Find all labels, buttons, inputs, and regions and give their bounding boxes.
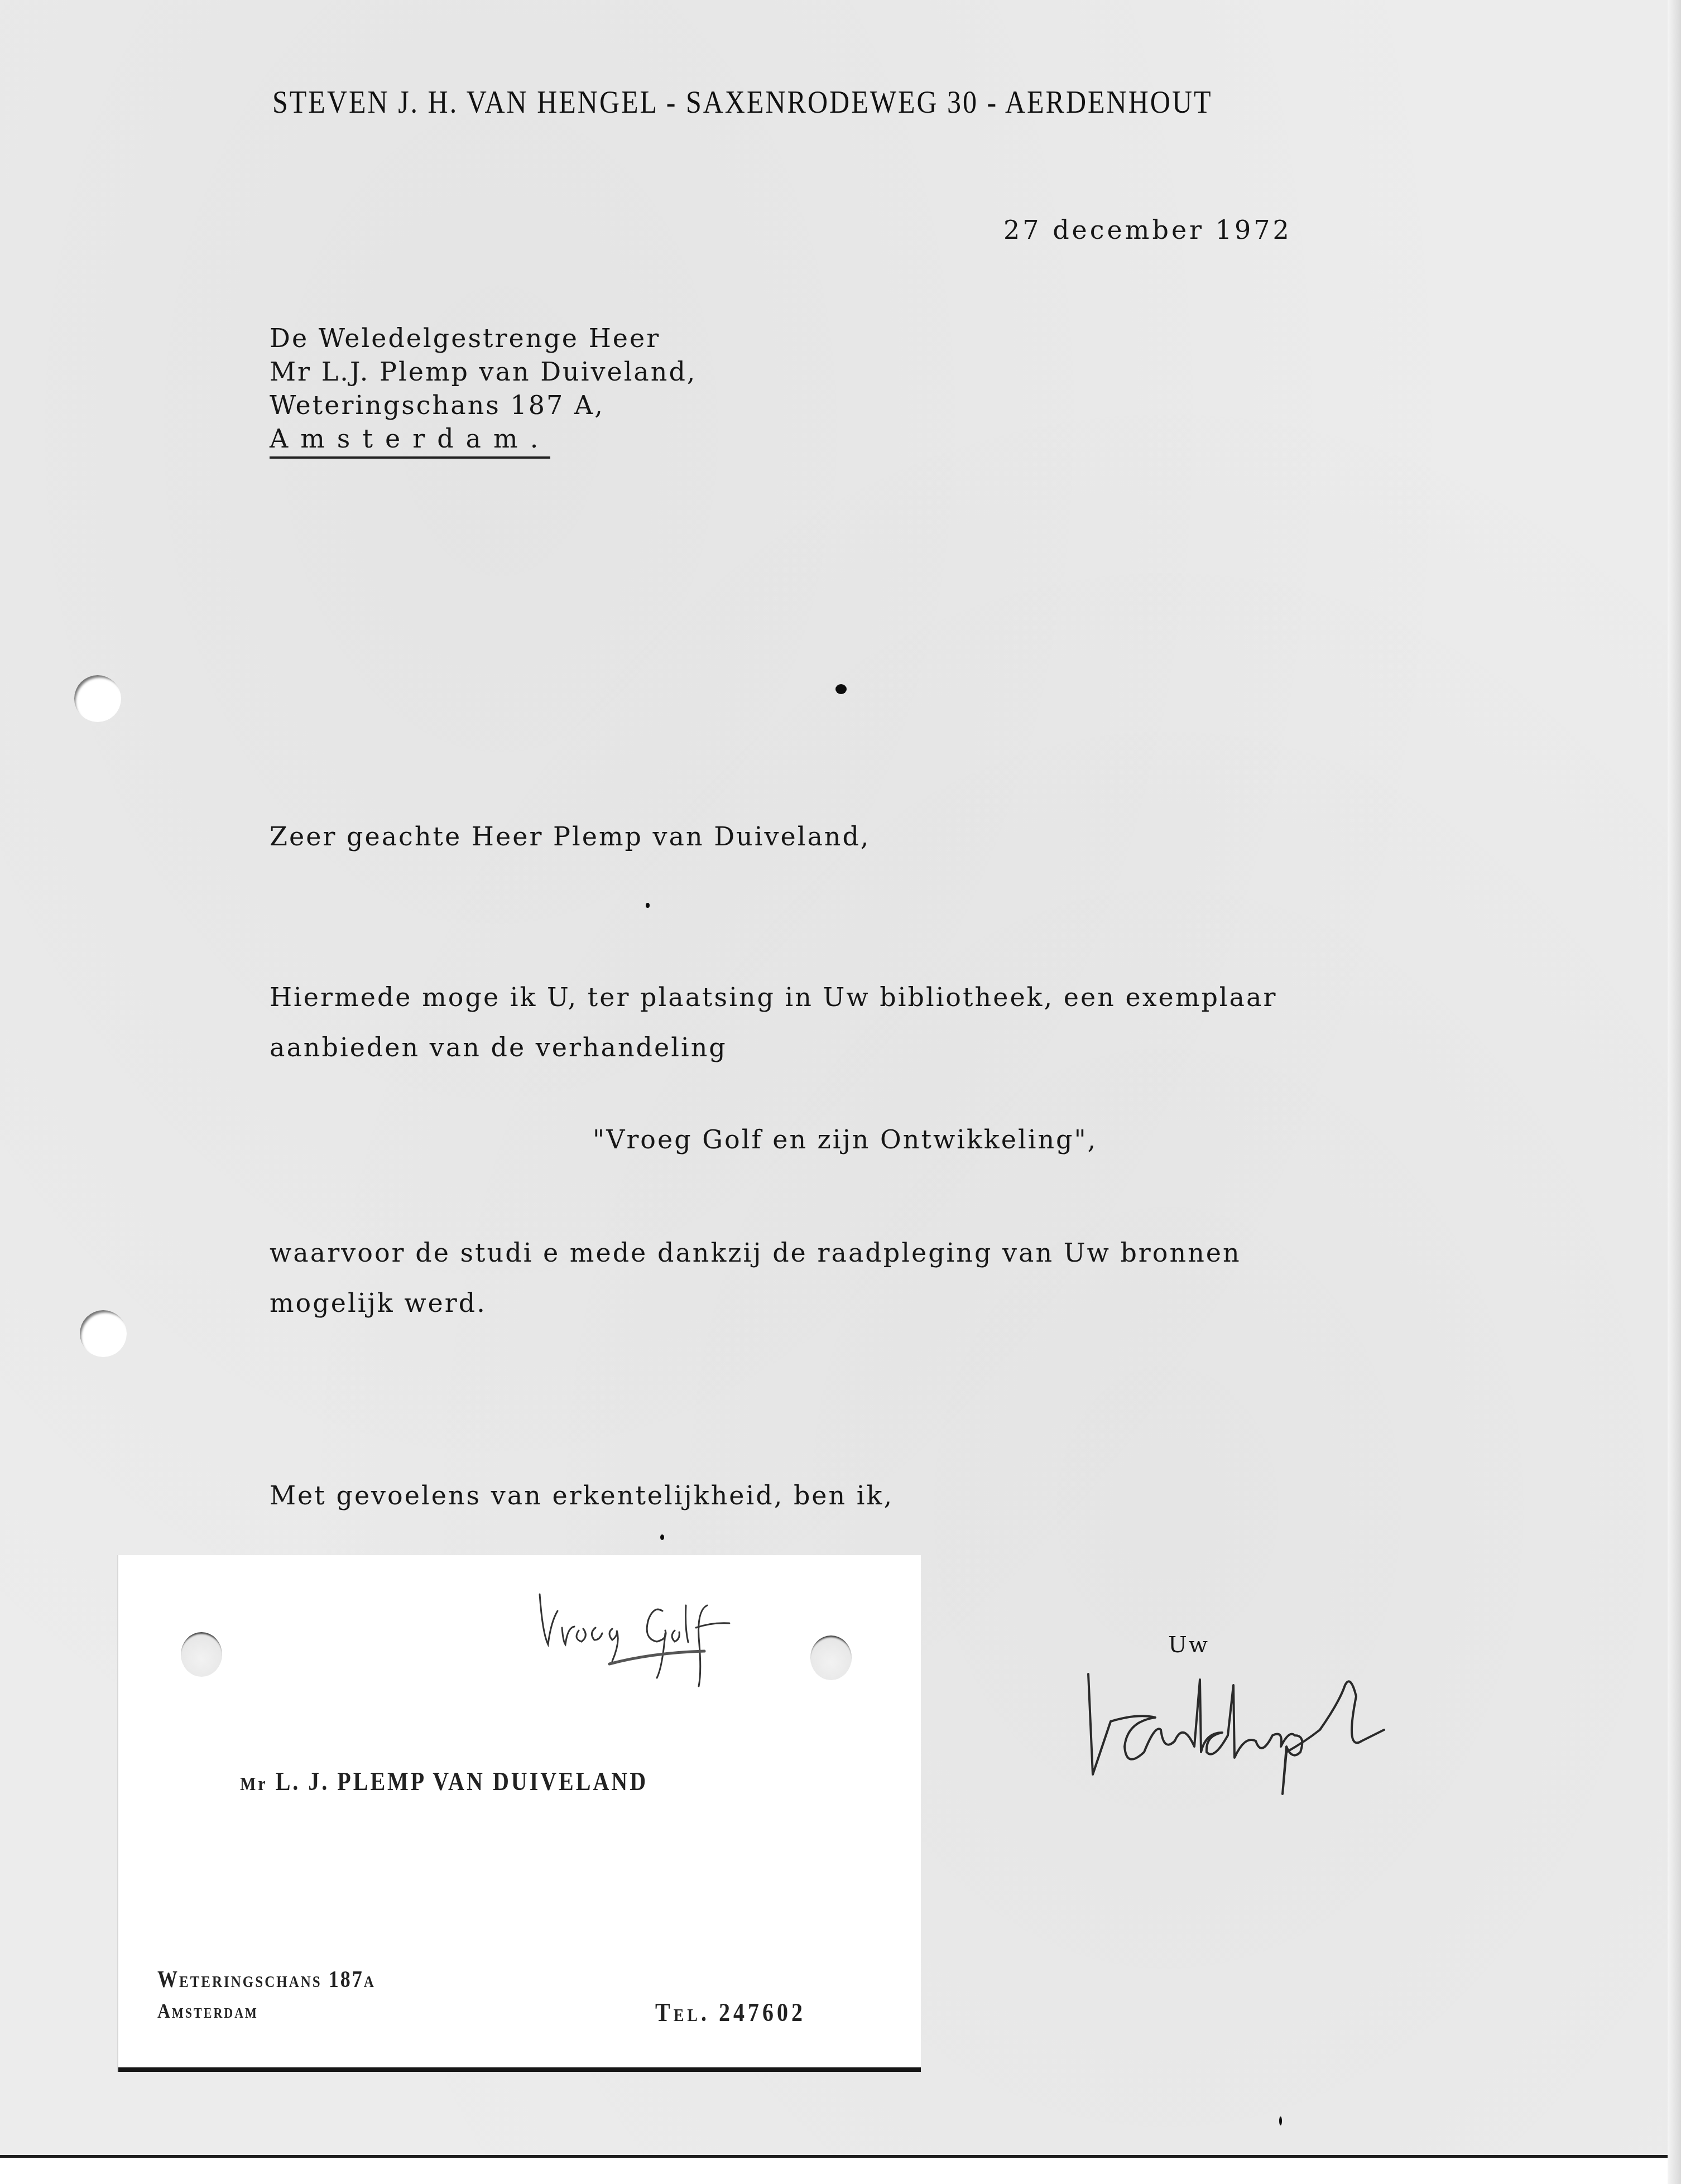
salutation: Zeer geachte Heer Plemp van Duiveland, (270, 821, 871, 852)
card-tel-label: Tel. (655, 1998, 710, 2027)
card-name: Mr L. J. PLEMP VAN DUIVELAND (240, 1766, 648, 1796)
letterhead: STEVEN J. H. VAN HENGEL - SAXENRODEWEG 3… (272, 84, 1439, 120)
punch-hole-icon (810, 1635, 852, 1680)
card-telephone: Tel. 247602 (655, 1997, 806, 2027)
ink-speck (660, 1534, 664, 1540)
punch-hole-icon (181, 1632, 222, 1677)
body-line: mogelijk werd. (270, 1278, 1241, 1328)
signature-icon (1060, 1668, 1440, 1813)
ink-speck (646, 903, 650, 908)
address-line-street: Weteringschans 187 A, (270, 388, 697, 422)
letter-date: 27 december 1972 (1003, 215, 1292, 245)
treatise-title: "Vroeg Golf en zijn Ontwikkeling", (593, 1124, 1097, 1154)
punch-hole-icon (80, 1310, 127, 1357)
card-tel-number: 247602 (719, 1998, 806, 2027)
address-line-name: Mr L.J. Plemp van Duiveland, (270, 355, 697, 388)
complimentary-close: Uw (1168, 1632, 1209, 1658)
business-card: Vroeg Golf Mr L. J. PLEMP VAN DUIVELAND … (118, 1555, 921, 2072)
address-line-honorific: De Weledelgestrenge Heer (270, 321, 697, 355)
address-line-city: Amsterdam. (270, 422, 550, 459)
body-line: waarvoor de studi e mede dankzij de raad… (270, 1228, 1241, 1278)
punch-hole-icon (74, 675, 121, 722)
closing-line: Met gevoelens van erkentelijkheid, ben i… (270, 1480, 894, 1510)
handwritten-note-icon (529, 1589, 763, 1695)
card-city: Amsterdam (157, 1999, 258, 2023)
card-name-prefix: Mr (240, 1773, 268, 1795)
page-edge-shadow (1668, 0, 1681, 2184)
body-paragraph-1: Hiermede moge ik U, ter plaatsing in Uw … (270, 972, 1277, 1072)
ink-speck (835, 684, 847, 694)
body-paragraph-2: waarvoor de studi e mede dankzij de raad… (270, 1228, 1241, 1328)
body-line: Hiermede moge ik U, ter plaatsing in Uw … (270, 972, 1277, 1022)
body-line: aanbieden van de verhandeling (270, 1022, 1277, 1072)
card-name-text: L. J. PLEMP VAN DUIVELAND (276, 1767, 648, 1796)
card-street: Weteringschans 187a (157, 1966, 376, 1993)
recipient-address: De Weledelgestrenge Heer Mr L.J. Plemp v… (270, 321, 697, 459)
ink-speck (1279, 2116, 1282, 2125)
